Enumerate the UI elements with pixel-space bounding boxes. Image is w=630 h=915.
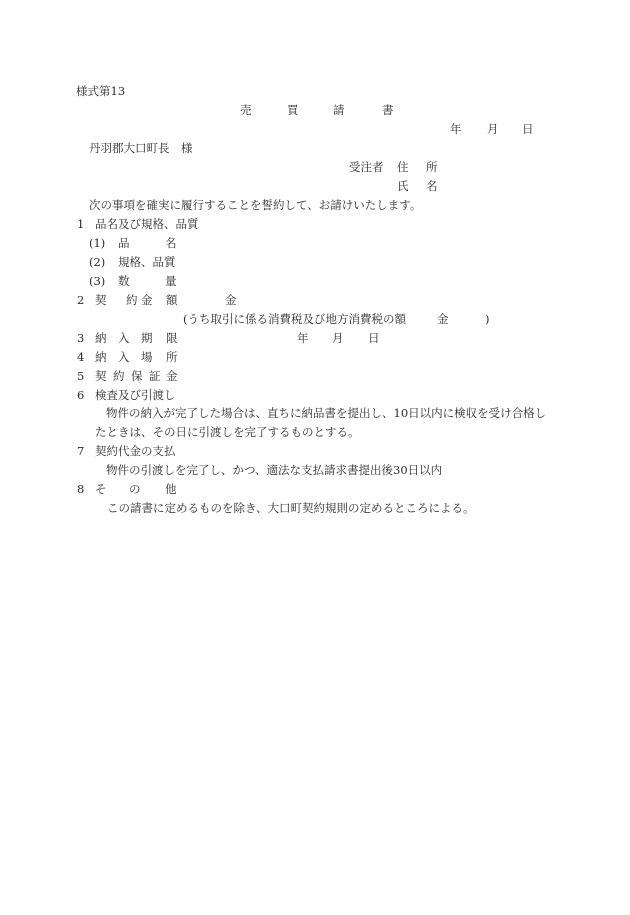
item-label-char: 証	[149, 369, 161, 383]
item-label-char: 約	[126, 293, 138, 307]
name-label-1: 氏	[397, 179, 409, 193]
delivery-day: 日	[368, 331, 380, 345]
subitem-label: 数	[118, 274, 130, 288]
address-label-2: 所	[426, 160, 438, 174]
address-label-1: 住	[397, 160, 409, 174]
addressee: 丹羽郡大口町長 様	[89, 141, 193, 155]
subitem-number: (2)	[89, 255, 105, 269]
subitem-label: 名	[165, 236, 177, 250]
contract-amount-prefix: 金	[225, 293, 237, 307]
item-number: 6	[77, 388, 84, 402]
item-label-char: 契	[95, 369, 107, 383]
item-label-char: そ	[95, 482, 107, 496]
name-label-2: 名	[426, 179, 438, 193]
item-label-char: 場	[141, 350, 153, 364]
item-number: 7	[77, 444, 84, 458]
item-label-char: 金	[166, 369, 178, 383]
subitem-number: (3)	[89, 274, 105, 288]
subitem-label: 品	[118, 236, 130, 250]
title-char: 買	[287, 103, 299, 117]
item-body: 物件の納入が完了した場合は、直ちに納品書を提出し、10日以内に検収を受け合格し	[106, 406, 546, 420]
tax-note-close: )	[485, 312, 490, 326]
delivery-month: 月	[332, 331, 344, 345]
item-number: 1	[77, 217, 84, 231]
title-char: 売	[240, 103, 252, 117]
item-label-char: 期	[141, 331, 153, 345]
contractor-label: 受注者	[349, 160, 384, 174]
form-number: 様式第13	[76, 84, 125, 98]
item-label-char: の	[129, 482, 141, 496]
item-number: 2	[77, 293, 84, 307]
item-label-char: 額	[166, 293, 178, 307]
item-label-char: 金	[141, 293, 153, 307]
item-label-char: 限	[166, 331, 178, 345]
item-label: 検査及び引渡し	[95, 388, 176, 402]
item-label-char: 約	[113, 369, 125, 383]
subitem-number: (1)	[89, 236, 105, 250]
item-number: 4	[77, 350, 84, 364]
item-label-char: 入	[118, 331, 130, 345]
intro-text: 次の事項を確実に履行することを誓約して、お請けいたします。	[89, 198, 421, 212]
title-char: 請	[333, 103, 345, 117]
title-char: 書	[382, 103, 394, 117]
item-label-char: 納	[95, 350, 107, 364]
date-day: 日	[522, 122, 534, 136]
item-label-char: 納	[95, 331, 107, 345]
item-body: この請書に定めるものを除き、大口町契約規則の定めるところによる。	[107, 501, 475, 515]
item-label: 品名及び規格、品質	[95, 217, 199, 231]
subitem-label: 規格、品質	[118, 255, 176, 269]
item-label-char: 他	[165, 482, 177, 496]
item-label-char: 所	[166, 350, 178, 364]
tax-amount-prefix: 金	[437, 312, 449, 326]
item-label-char: 保	[131, 369, 143, 383]
date-year: 年	[450, 122, 462, 136]
item-label-char: 契	[95, 293, 107, 307]
item-label-char: 入	[118, 350, 130, 364]
item-body: 物件の引渡しを完了し、かつ、適法な支払請求書提出後30日以内	[106, 463, 442, 477]
item-body: たときは、その日に引渡しを完了するものとする。	[95, 425, 360, 439]
delivery-year: 年	[297, 331, 309, 345]
item-number: 8	[77, 482, 84, 496]
item-label: 契約代金の支払	[95, 444, 176, 458]
date-month: 月	[487, 122, 499, 136]
item-number: 3	[77, 331, 84, 345]
tax-note: (うち取引に係る消費税及び地方消費税の額	[183, 312, 406, 326]
item-number: 5	[77, 369, 84, 383]
subitem-label: 量	[165, 274, 177, 288]
